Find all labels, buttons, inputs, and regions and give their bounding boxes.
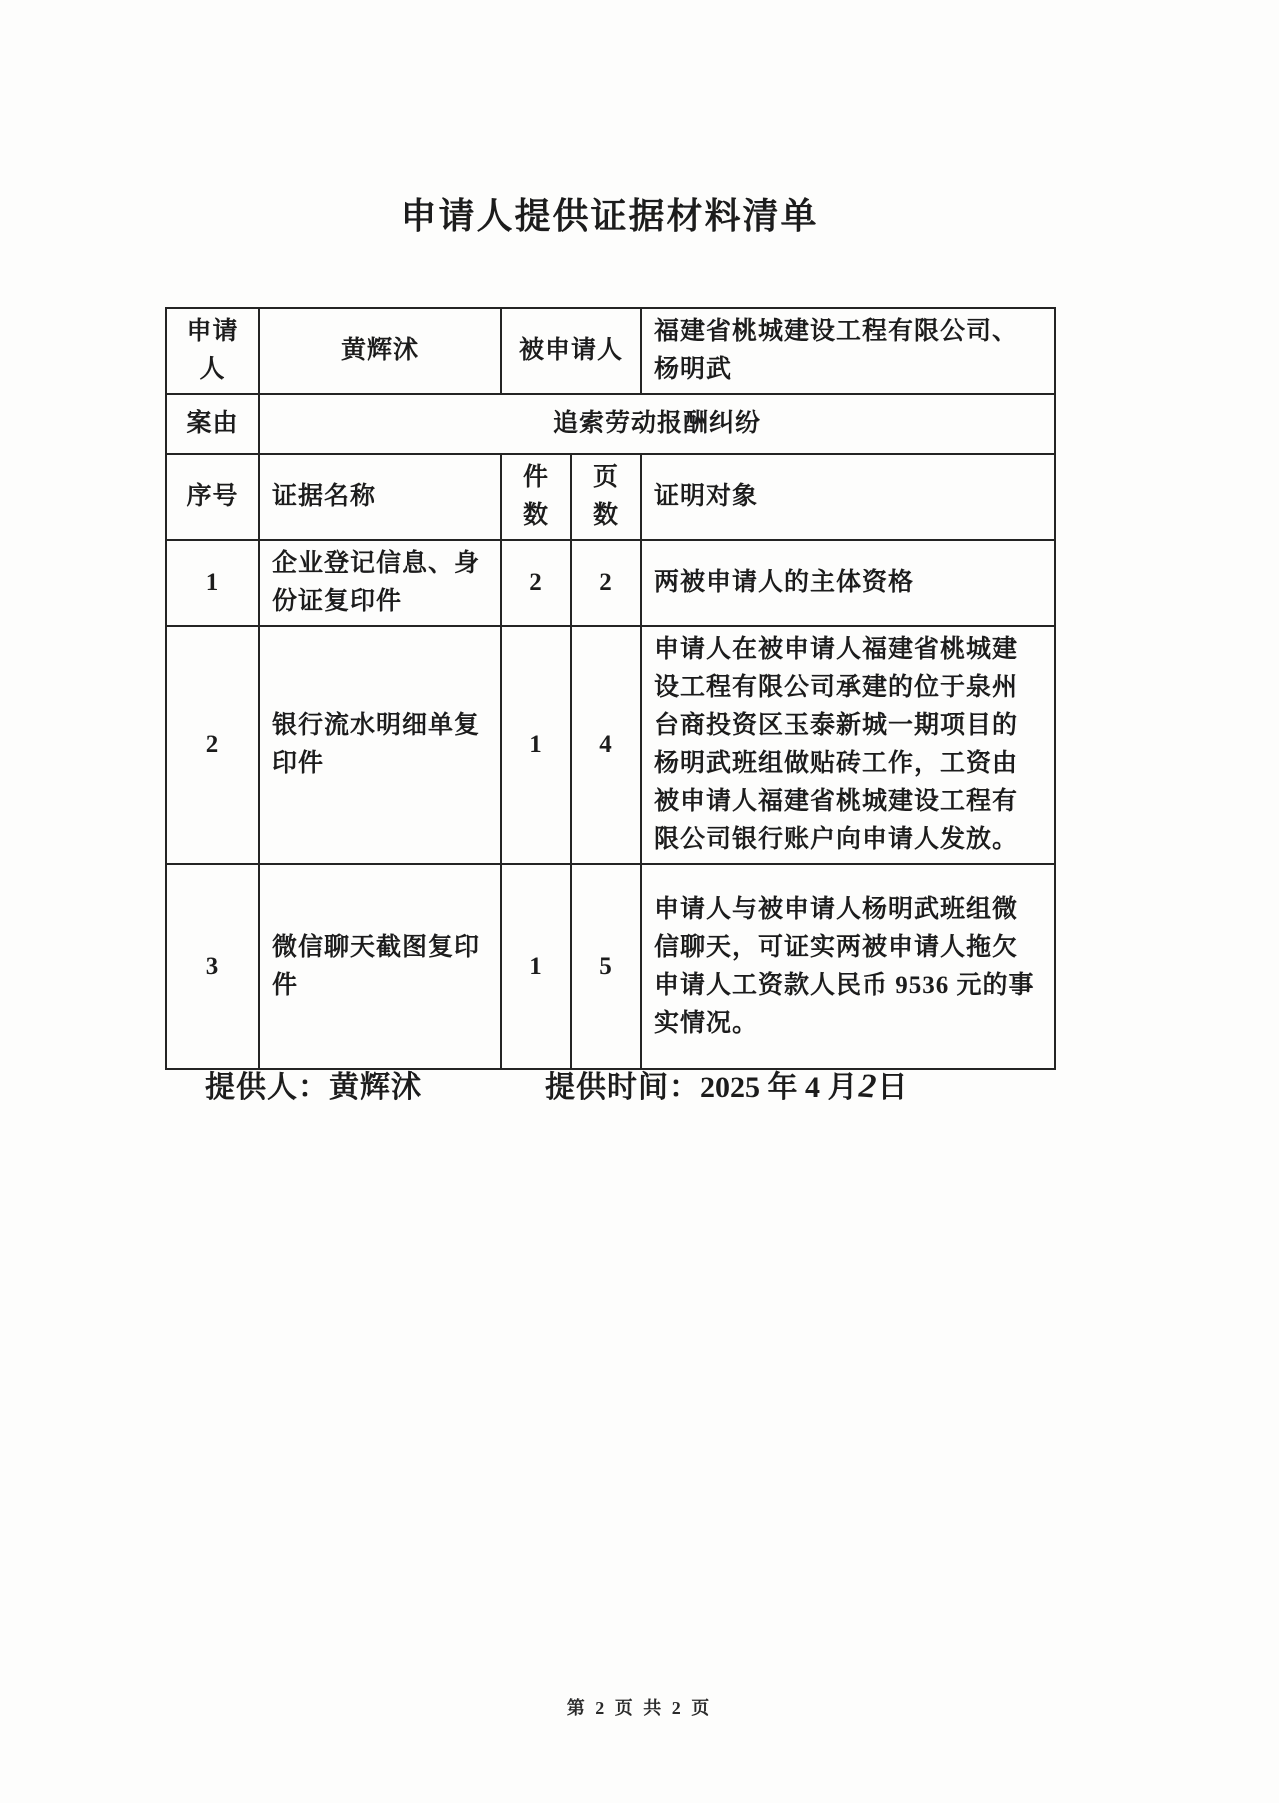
time-suffix: 日: [878, 1071, 909, 1104]
respondent-label: 被申请人: [501, 308, 641, 394]
evidence-no: 3: [166, 864, 259, 1069]
column-header-target: 证明对象: [641, 454, 1055, 540]
column-header-pages: 页数: [571, 454, 641, 540]
time-date: 2025 年 4 月: [700, 1071, 858, 1104]
evidence-no: 1: [166, 540, 259, 626]
evidence-name: 企业登记信息、身份证复印件: [259, 540, 501, 626]
table-row-evidence-1: 1 企业登记信息、身份证复印件 2 2 两被申请人的主体资格: [166, 540, 1055, 626]
table-header-row: 序号 证据名称 件数 页数 证明对象: [166, 454, 1055, 540]
evidence-count: 1: [501, 626, 571, 864]
evidence-name: 银行流水明细单复印件: [259, 626, 501, 864]
column-header-count: 件数: [501, 454, 571, 540]
evidence-name: 微信聊天截图复印件: [259, 864, 501, 1069]
table-row-cause: 案由 追索劳动报酬纠纷: [166, 394, 1055, 454]
applicant-value: 黄辉沭: [259, 308, 501, 394]
evidence-target: 申请人与被申请人杨明武班组微信聊天，可证实两被申请人拖欠申请人工资款人民币 95…: [641, 864, 1055, 1069]
scanned-document-page: 申请人提供证据材料清单 申请人 黄辉沭 被申请人 福建省桃城建设工程有限公司、杨…: [0, 0, 1279, 1803]
provider-label: 提供人：: [205, 1071, 329, 1104]
respondent-value: 福建省桃城建设工程有限公司、杨明武: [641, 308, 1055, 394]
evidence-target: 两被申请人的主体资格: [641, 540, 1055, 626]
evidence-count: 1: [501, 864, 571, 1069]
table-row-evidence-2: 2 银行流水明细单复印件 1 4 申请人在被申请人福建省桃城建设工程有限公司承建…: [166, 626, 1055, 864]
time-label: 提供时间：: [545, 1071, 700, 1104]
cause-label: 案由: [166, 394, 259, 454]
evidence-count: 2: [501, 540, 571, 626]
evidence-pages: 4: [571, 626, 641, 864]
column-header-name: 证据名称: [259, 454, 501, 540]
provider-signature: 提供人：黄辉沭: [205, 1062, 422, 1106]
applicant-label: 申请人: [166, 308, 259, 394]
signature-line: 提供人：黄辉沭 提供时间：2025 年 4 月2日: [165, 1062, 1054, 1112]
evidence-target: 申请人在被申请人福建省桃城建设工程有限公司承建的位于泉州台商投资区玉泰新城一期项…: [641, 626, 1055, 864]
page-number: 第 2 页 共 2 页: [0, 1694, 1279, 1720]
table-row-parties: 申请人 黄辉沭 被申请人 福建省桃城建设工程有限公司、杨明武: [166, 308, 1055, 394]
evidence-no: 2: [166, 626, 259, 864]
page-title: 申请人提供证据材料清单: [165, 188, 1054, 239]
column-header-no: 序号: [166, 454, 259, 540]
handwritten-day: 2: [857, 1067, 878, 1106]
evidence-pages: 2: [571, 540, 641, 626]
provide-time: 提供时间：2025 年 4 月2日: [545, 1062, 909, 1106]
evidence-table: 申请人 黄辉沭 被申请人 福建省桃城建设工程有限公司、杨明武 案由 追索劳动报酬…: [165, 307, 1056, 1070]
table-row-evidence-3: 3 微信聊天截图复印件 1 5 申请人与被申请人杨明武班组微信聊天，可证实两被申…: [166, 864, 1055, 1069]
provider-name: 黄辉沭: [329, 1071, 422, 1104]
cause-value: 追索劳动报酬纠纷: [259, 394, 1055, 454]
evidence-pages: 5: [571, 864, 641, 1069]
